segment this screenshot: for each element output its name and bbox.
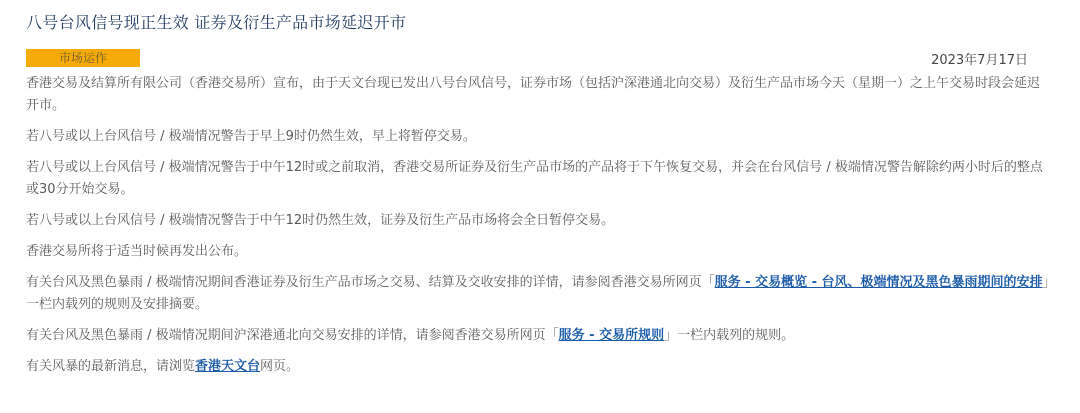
paragraph-text: 有关台风及黑色暴雨 / 极端情况期间香港证券及衍生产品市场之交易、结算及交收安排…	[26, 275, 715, 290]
paragraph-text: 有关风暴的最新消息，请浏览	[26, 359, 195, 374]
paragraph-noon-in-force-rule: 若八号或以上台风信号 / 极端情况警告于中午12时仍然生效，证券及衍生产品市场将…	[26, 210, 1050, 232]
paragraph-text: 」一栏内载列的规则。	[664, 328, 794, 343]
category-badge: 市场运作	[26, 49, 140, 67]
publish-date: 2023年7月17日	[931, 49, 1028, 68]
link-hong-kong-observatory[interactable]: 香港天文台	[195, 359, 260, 374]
paragraph-announcement: 香港交易及结算所有限公司（香港交易所）宣布，由于天文台现已发出八号台风信号，证券…	[26, 73, 1050, 117]
paragraph-9am-rule: 若八号或以上台风信号 / 极端情况警告于早上9时仍然生效，早上将暂停交易。	[26, 126, 1050, 148]
link-exchange-rules[interactable]: 服务 - 交易所规则	[559, 328, 664, 343]
paragraph-market-arrangements: 有关台风及黑色暴雨 / 极端情况期间香港证券及衍生产品市场之交易、结算及交收安排…	[26, 272, 1050, 316]
article-body: 香港交易及结算所有限公司（香港交易所）宣布，由于天文台现已发出八号台风信号，证券…	[26, 73, 1050, 387]
paragraph-text: 网页。	[260, 359, 299, 374]
paragraph-northbound-arrangements: 有关台风及黑色暴雨 / 极端情况期间沪深港通北向交易安排的详情，请参阅香港交易所…	[26, 325, 1050, 347]
article-meta: 市场运作 2023年7月17日	[26, 49, 1054, 69]
paragraph-observatory: 有关风暴的最新消息，请浏览香港天文台网页。	[26, 356, 1050, 378]
paragraph-text: 有关台风及黑色暴雨 / 极端情况期间沪深港通北向交易安排的详情，请参阅香港交易所…	[26, 328, 559, 343]
paragraph-noon-cancel-rule: 若八号或以上台风信号 / 极端情况警告于中午12时或之前取消，香港交易所证券及衍…	[26, 157, 1050, 201]
article-title: 八号台风信号现正生效 证券及衍生产品市场延迟开市	[26, 10, 406, 33]
link-typhoon-arrangements[interactable]: 服务 - 交易概览 - 台风、极端情况及黑色暴雨期间的安排	[715, 275, 1043, 290]
paragraph-further-announcement: 香港交易所将于适当时候再发出公布。	[26, 241, 1050, 263]
